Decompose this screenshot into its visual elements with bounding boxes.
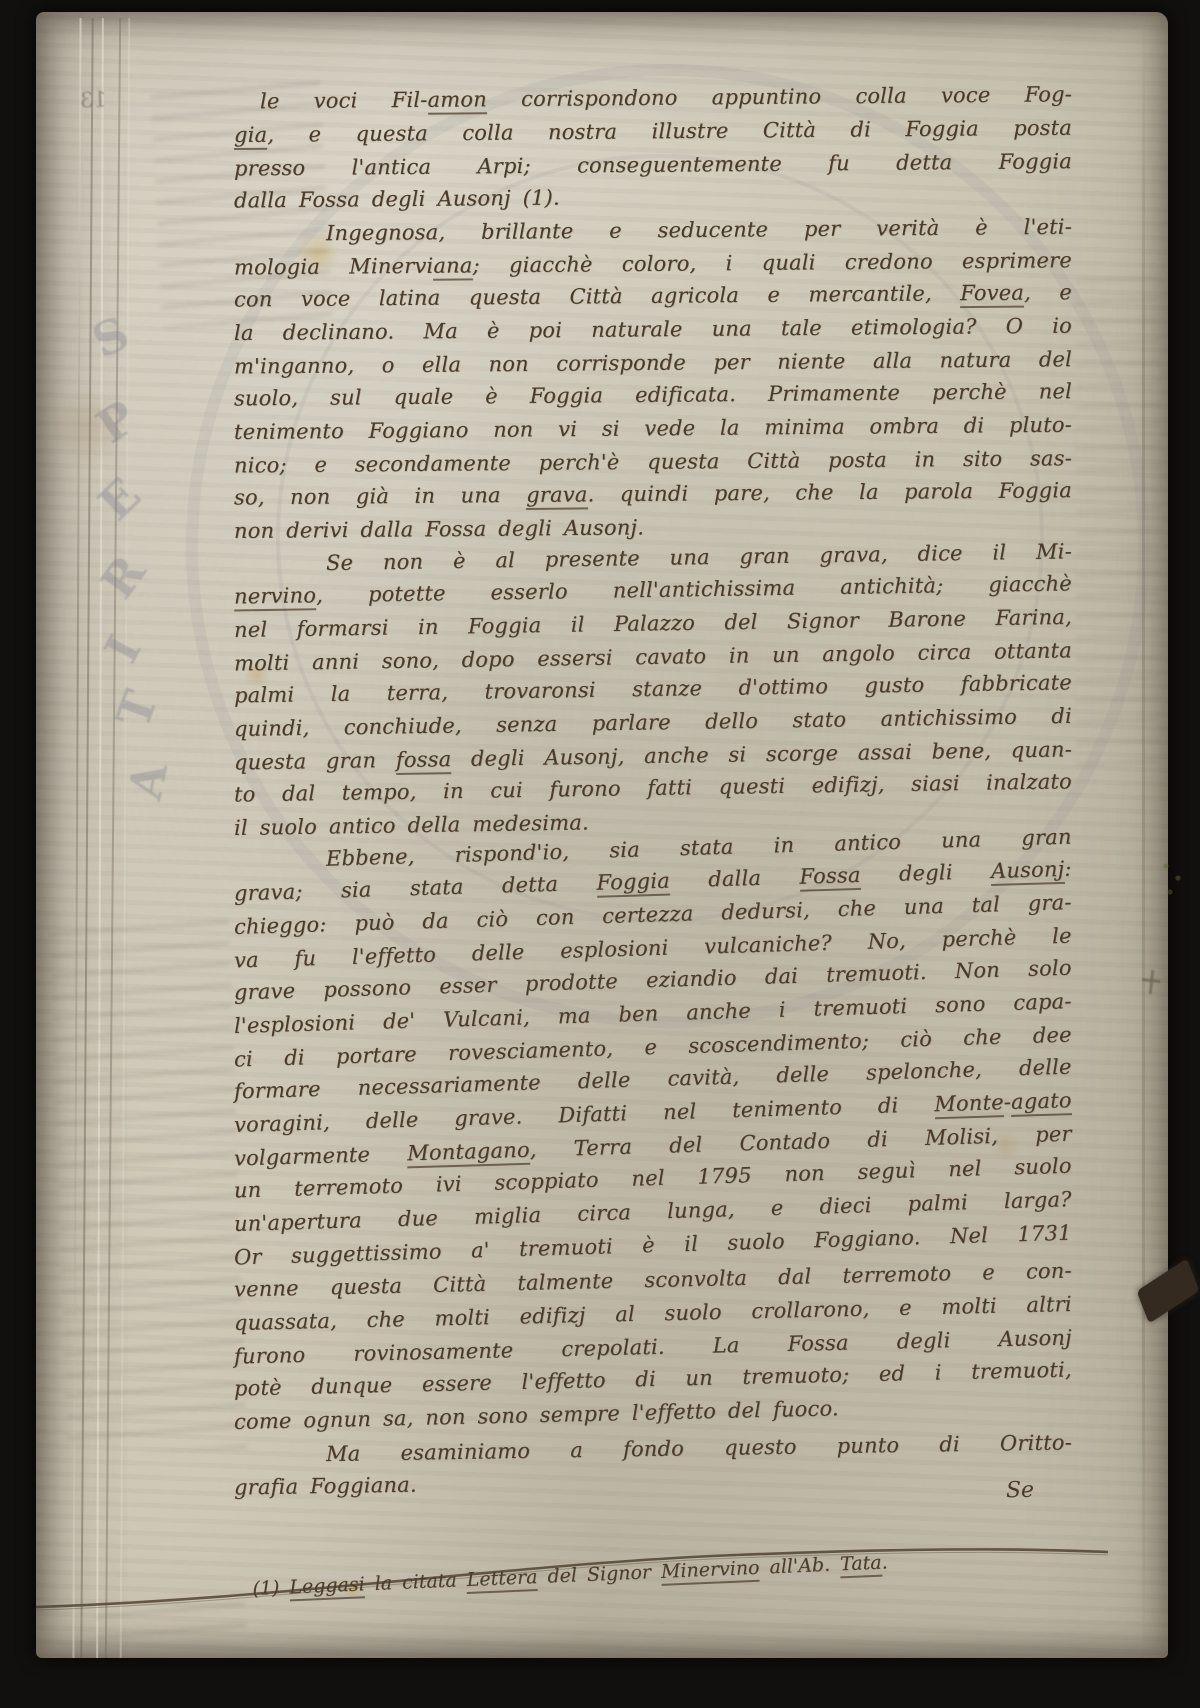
underlined-word: grava [526,482,588,510]
scanner-background: { "page": { "kind": "handwritten manuscr… [0,0,1200,1708]
watermark-letter: T [106,684,168,735]
underlined-word: Foggia [596,869,670,898]
underlined-word: Lettera [466,1566,538,1594]
underlined-word: Fovea [960,281,1024,309]
underlined-word: Leggasi [289,1573,365,1601]
bleed-through-text [49,909,248,1455]
bleed-through-text [95,1590,248,1652]
watermark-letter: E [88,467,151,530]
underlined-word: ana [433,253,472,280]
paper-fold-line [1142,24,1145,1670]
underlined-word: amon [427,87,487,115]
watermark-letter: A [118,758,178,804]
sheet-edge [80,18,93,1658]
ink-blob [1137,1258,1200,1323]
underlined-word: Ausonj [991,857,1065,886]
watermark-letter: S [84,306,136,369]
sheet-edge [72,18,81,1658]
manuscript-text: le voci Fil-amon corrispondono appuntino… [234,86,1072,1505]
sheet-edge [105,18,121,1658]
underlined-word: fossa [396,747,452,775]
underlined-word: gia [234,123,268,150]
underlined-word: Montagano [407,1138,530,1169]
underlined-word: Monte [934,1090,1004,1119]
underlined-word: Tata [840,1552,883,1579]
page-number-bleed: 13 [80,88,108,113]
ink-specks [1160,858,1190,902]
underlined-word: Fossa [799,863,861,892]
underlined-word: Minervino [661,1557,761,1586]
footnote: (1) Leggasi la citata Lettera del Signor… [252,1541,1132,1600]
underlined-word: nervino [234,583,317,611]
watermark-letter: I [94,627,152,671]
catchword: Se [1006,1478,1035,1503]
watermark-letter: P [87,390,146,454]
sheet-edge [96,18,104,1658]
underlined-word: agato [1011,1088,1072,1117]
stain [52,382,122,472]
manuscript-page: SPERITA 13 le voci Fil-amon corrispondon… [36,12,1168,1658]
watermark-letter: R [90,546,156,609]
margin-cross-mark [1141,969,1161,995]
bleed-through-text [1076,262,1160,782]
sheet-edge [120,18,131,1658]
